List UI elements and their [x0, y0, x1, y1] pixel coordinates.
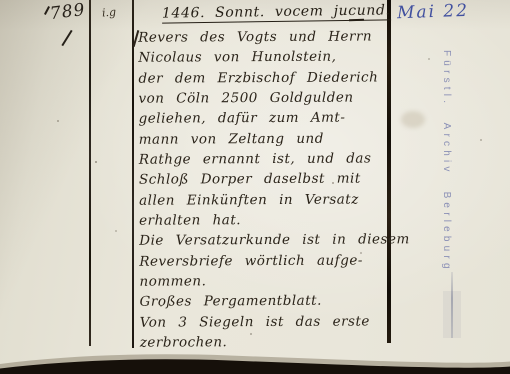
pencil-mark [451, 272, 453, 338]
ledger-rule-left [89, 0, 91, 346]
date-annotation: Mai 22 [397, 1, 470, 24]
manuscript-line: zerbrochen. [140, 331, 411, 353]
manuscript-line: mann von Zeltang und [139, 128, 410, 150]
manuscript-line: von Cöln 2500 Goldgulden [138, 87, 409, 109]
manuscript-line: Die Versatzurkunde ist in diesem [139, 230, 410, 252]
manuscript-line: allen Einkünften in Versatz [139, 189, 410, 211]
ledger-rule-inner [132, 0, 134, 348]
manuscript-line: Nicolaus von Hunolstein, [138, 47, 409, 69]
margin-note: i.g [102, 6, 117, 20]
archive-photo-card: 789 i.g 1446. Sonnt. vocem jucund. Rever… [0, 0, 510, 374]
manuscript-line: nommen. [139, 270, 410, 292]
photo-specks [0, 0, 2, 2]
manuscript-line: erhalten hat. [139, 209, 410, 231]
bottom-edge-band [0, 359, 510, 374]
paper-stain [401, 111, 425, 128]
manuscript-line: Reversbriefe wörtlich aufge- [139, 250, 410, 272]
manuscript-text-block: Revers des Vogts und Herrn Nicolaus von … [138, 26, 410, 353]
manuscript-line: geliehen, dafür zum Amt- [139, 108, 410, 130]
catalog-slash-mark [61, 30, 72, 46]
bottom-edge-shadow [0, 354, 510, 374]
manuscript-line: Schloß Dorper daselbst mit [139, 169, 410, 191]
catalog-number: 789 [49, 0, 87, 24]
manuscript-line: Rathge ernannt ist, und das [139, 148, 410, 170]
manuscript-line: Von 3 Siegeln ist das erste [140, 311, 411, 333]
manuscript-line: Revers des Vogts und Herrn [138, 26, 409, 48]
archive-stamp: Fürstl. Archiv Berleburg [441, 50, 452, 273]
manuscript-line: Großes Pergamentblatt. [140, 291, 411, 313]
manuscript-line: der dem Erzbischof Diederich [138, 67, 409, 89]
